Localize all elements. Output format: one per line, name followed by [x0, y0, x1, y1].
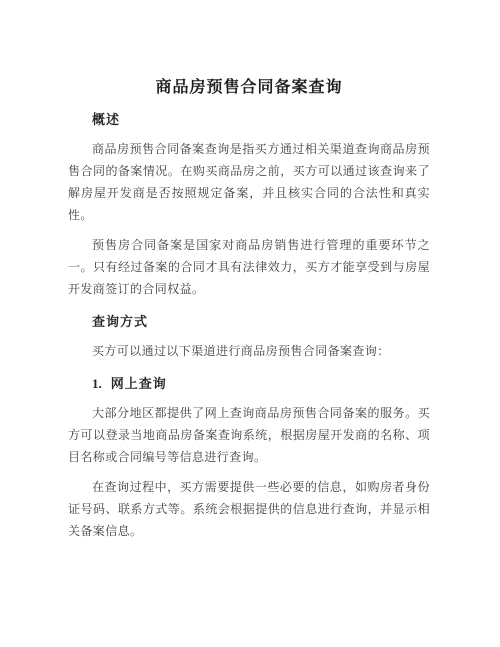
section-heading-overview: 概述: [92, 110, 430, 130]
section-heading-online-query: 1.网上查询: [92, 374, 430, 394]
online-query-label: 网上查询: [111, 376, 167, 391]
section-heading-query-methods: 查询方式: [92, 312, 430, 332]
online-query-paragraph-1: 大部分地区都提供了网上查询商品房预售合同备案的服务。买方可以登录当地商品房备案查…: [68, 402, 430, 468]
online-query-paragraph-2: 在查询过程中，买方需要提供一些必要的信息，如购房者身份证号码、联系方式等。系统会…: [68, 476, 430, 542]
document-title: 商品房预售合同备案查询: [68, 78, 430, 98]
overview-paragraph-1: 商品房预售合同备案查询是指买方通过相关渠道查询商品房预售合同的备案情况。在购买商…: [68, 138, 430, 226]
query-methods-paragraph: 买方可以通过以下渠道进行商品房预售合同备案查询：: [68, 340, 430, 362]
overview-paragraph-2: 预售房合同备案是国家对商品房销售进行管理的重要环节之一。只有经过备案的合同才具有…: [68, 234, 430, 300]
online-query-number: 1.: [92, 374, 102, 394]
document-page: 商品房预售合同备案查询 概述 商品房预售合同备案查询是指买方通过相关渠道查询商品…: [0, 0, 500, 647]
